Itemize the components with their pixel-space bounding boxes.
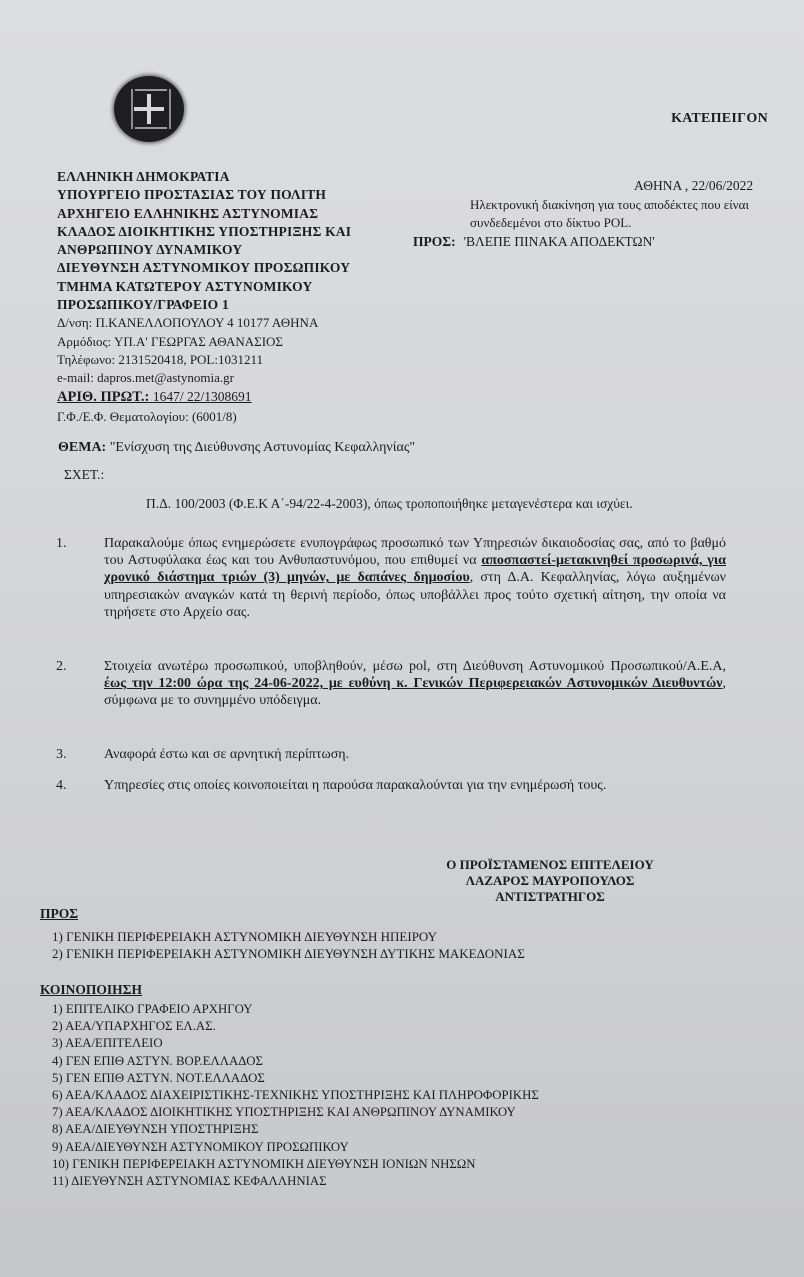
sender-line: ΑΝΘΡΩΠΙΝΟΥ ΔΥΝΑΜΙΚΟΥ [57,241,351,259]
list-item: 10) ΓΕΝΙΚΗ ΠΕΡΙΦΕΡΕΙΑΚΗ ΑΣΤΥΝΟΜΙΚΗ ΔΙΕΥΘ… [52,1156,539,1173]
list-item: 6) ΑΕΑ/ΚΛΑΔΟΣ ΔΙΑΧΕΙΡΙΣΤΙΚΗΣ-ΤΕΧΝΙΚΗΣ ΥΠ… [52,1087,539,1104]
paragraph-number: 3. [56,746,67,763]
paragraph-4: 4. Υπηρεσίες στις οποίες κοινοποιείται η… [56,777,726,794]
electronic-distribution-note: Ηλεκτρονική διακίνηση για τους αποδέκτες… [470,196,770,231]
list-item: 5) ΓΕΝ ΕΠΙΘ ΑΣΤΥΝ. ΝΟΤ.ΕΛΛΑΔΟΣ [52,1070,539,1087]
list-item: 3) ΑΕΑ/ΕΠΙΤΕΛΕΙΟ [52,1035,539,1052]
sender-responsible: Αρμόδιος: ΥΠ.Α' ΓΕΩΡΓΑΣ ΑΘΑΝΑΣΙΟΣ [57,333,351,351]
signature-rank: ΑΝΤΙΣΤΡΑΤΗΓΟΣ [400,889,700,905]
sender-line: ΤΜΗΜΑ ΚΑΤΩΤΕΡΟΥ ΑΣΤΥΝΟΜΙΚΟΥ [57,278,351,296]
date-line: ΑΘΗΝΑ , 22/06/2022 [634,178,753,194]
signature-title: Ο ΠΡΟΪΣΤΑΜΕΝΟΣ ΕΠΙΤΕΛΕΙΟΥ [400,857,700,873]
list-item: 8) ΑΕΑ/ΔΙΕΥΘΥΝΣΗ ΥΠΟΣΤΗΡΙΞΗΣ [52,1121,539,1138]
sender-line: ΚΛΑΔΟΣ ΔΙΟΙΚΗΤΙΚΗΣ ΥΠΟΣΤΗΡΙΞΗΣ ΚΑΙ [57,223,351,241]
file-reference: Γ.Φ./Ε.Φ. Θεματολογίου: (6001/8) [57,409,237,425]
sender-line: ΕΛΛΗΝΙΚΗ ΔΗΜΟΚΡΑΤΙΑ [57,168,351,186]
sender-line: ΠΡΟΣΩΠΙΚΟΥ/ΓΡΑΦΕΙΟ 1 [57,296,351,314]
list-item: 1) ΓΕΝΙΚΗ ΠΕΡΙΦΕΡΕΙΑΚΗ ΑΣΤΥΝΟΜΙΚΗ ΔΙΕΥΘΥ… [52,928,525,945]
text-run: Στοιχεία ανωτέρω προσωπικού, υποβληθούν,… [104,659,726,674]
cc-title: ΚΟΙΝΟΠΟΙΗΣΗ [40,982,142,998]
paragraph-text: Στοιχεία ανωτέρω προσωπικού, υποβληθούν,… [104,658,726,710]
sender-address: Δ/νση: Π.ΚΑΝΕΛΛΟΠΟΥΛΟΥ 4 10177 ΑΘΗΝΑ [57,314,351,332]
subject-value: "Ενίσχυση της Διεύθυνσης Αστυνομίας Κεφα… [110,440,415,455]
paragraph-1: 1. Παρακαλούμε όπως ενημερώσετε ενυπογρά… [56,535,726,621]
signature-block: Ο ΠΡΟΪΣΤΑΜΕΝΟΣ ΕΠΙΤΕΛΕΙΟΥ ΛΑΖΑΡΟΣ ΜΑΥΡΟΠ… [400,857,700,905]
protocol-value: 1647/ 22/1308691 [153,389,252,404]
paragraph-text: Αναφορά έστω και σε αρνητική περίπτωση. [104,746,726,763]
greek-coat-of-arms-icon [114,76,184,142]
subject-line: ΘΕΜΑ: "Ενίσχυση της Διεύθυνσης Αστυνομία… [58,440,415,456]
paragraph-number: 1. [56,535,67,552]
paragraph-text: Παρακαλούμε όπως ενημερώσετε ενυπογράφως… [104,535,726,621]
to-value: 'ΒΛΕΠΕ ΠΙΝΑΚΑ ΑΠΟΔΕΚΤΩΝ' [464,234,655,249]
to-label: ΠΡΟΣ: [413,234,456,249]
protocol-number: ΑΡΙΘ. ΠΡΩΤ.: 1647/ 22/1308691 [57,388,351,406]
recipients-list: 1) ΓΕΝΙΚΗ ΠΕΡΙΦΕΡΕΙΑΚΗ ΑΣΤΥΝΟΜΙΚΗ ΔΙΕΥΘΥ… [52,928,525,962]
list-item: 11) ΔΙΕΥΘΥΝΣΗ ΑΣΤΥΝΟΜΙΑΣ ΚΕΦΑΛΛΗΝΙΑΣ [52,1173,539,1190]
subject-label: ΘΕΜΑ: [58,440,106,455]
list-item: 2) ΓΕΝΙΚΗ ΠΕΡΙΦΕΡΕΙΑΚΗ ΑΣΤΥΝΟΜΙΚΗ ΔΙΕΥΘΥ… [52,945,525,962]
list-item: 7) ΑΕΑ/ΚΛΑΔΟΣ ΔΙΟΙΚΗΤΙΚΗΣ ΥΠΟΣΤΗΡΙΞΗΣ ΚΑ… [52,1104,539,1121]
sender-line: ΑΡΧΗΓΕΙΟ ΕΛΛΗΝΙΚΗΣ ΑΣΤΥΝΟΜΙΑΣ [57,205,351,223]
sender-line: ΥΠΟΥΡΓΕΙΟ ΠΡΟΣΤΑΣΙΑΣ ΤΟΥ ΠΟΛΙΤΗ [57,186,351,204]
recipients-title: ΠΡΟΣ [40,906,78,922]
emblem-cross-bar [134,107,164,111]
sender-line: ΔΙΕΥΘΥΝΣΗ ΑΣΤΥΝΟΜΙΚΟΥ ΠΡΟΣΩΠΙΚΟΥ [57,259,351,277]
signature-name: ΛΑΖΑΡΟΣ ΜΑΥΡΟΠΟΥΛΟΣ [400,873,700,889]
to-line: ΠΡΟΣ:'ΒΛΕΠΕ ΠΙΝΑΚΑ ΑΠΟΔΕΚΤΩΝ' [413,234,655,250]
paragraph-3: 3. Αναφορά έστω και σε αρνητική περίπτωσ… [56,746,726,763]
cc-list: 1) ΕΠΙΤΕΛΙΚΟ ΓΡΑΦΕΙΟ ΑΡΧΗΓΟΥ 2) ΑΕΑ/ΥΠΑΡ… [52,1001,539,1190]
list-item: 9) ΑΕΑ/ΔΙΕΥΘΥΝΣΗ ΑΣΤΥΝΟΜΙΚΟΥ ΠΡΟΣΩΠΙΚΟΥ [52,1139,539,1156]
paragraph-number: 2. [56,658,67,675]
paragraph-text: Υπηρεσίες στις οποίες κοινοποιείται η πα… [104,777,726,794]
list-item: 1) ΕΠΙΤΕΛΙΚΟ ΓΡΑΦΕΙΟ ΑΡΧΗΓΟΥ [52,1001,539,1018]
sender-phone: Τηλέφωνο: 2131520418, POL:1031211 [57,351,351,369]
sender-email: e-mail: dapros.met@astynomia.gr [57,369,351,387]
related-reference: Π.Δ. 100/2003 (Φ.Ε.Κ Α΄-94/22-4-2003), ό… [146,496,633,512]
sender-block: ΕΛΛΗΝΙΚΗ ΔΗΜΟΚΡΑΤΙΑ ΥΠΟΥΡΓΕΙΟ ΠΡΟΣΤΑΣΙΑΣ… [57,168,351,406]
paragraph-number: 4. [56,777,67,794]
emphasis-text: έως την 12:00 ώρα της 24-06-2022, με ευθ… [104,676,723,691]
urgency-label: ΚΑΤΕΠΕΙΓΟΝ [671,111,768,127]
list-item: 2) ΑΕΑ/ΥΠΑΡΧΗΓΟΣ ΕΛ.ΑΣ. [52,1018,539,1035]
paragraph-2: 2. Στοιχεία ανωτέρω προσωπικού, υποβληθο… [56,658,726,710]
list-item: 4) ΓΕΝ ΕΠΙΘ ΑΣΤΥΝ. ΒΟΡ.ΕΛΛΑΔΟΣ [52,1053,539,1070]
related-label: ΣΧΕΤ.: [64,467,104,483]
protocol-label: ΑΡΙΘ. ΠΡΩΤ.: [57,389,149,405]
